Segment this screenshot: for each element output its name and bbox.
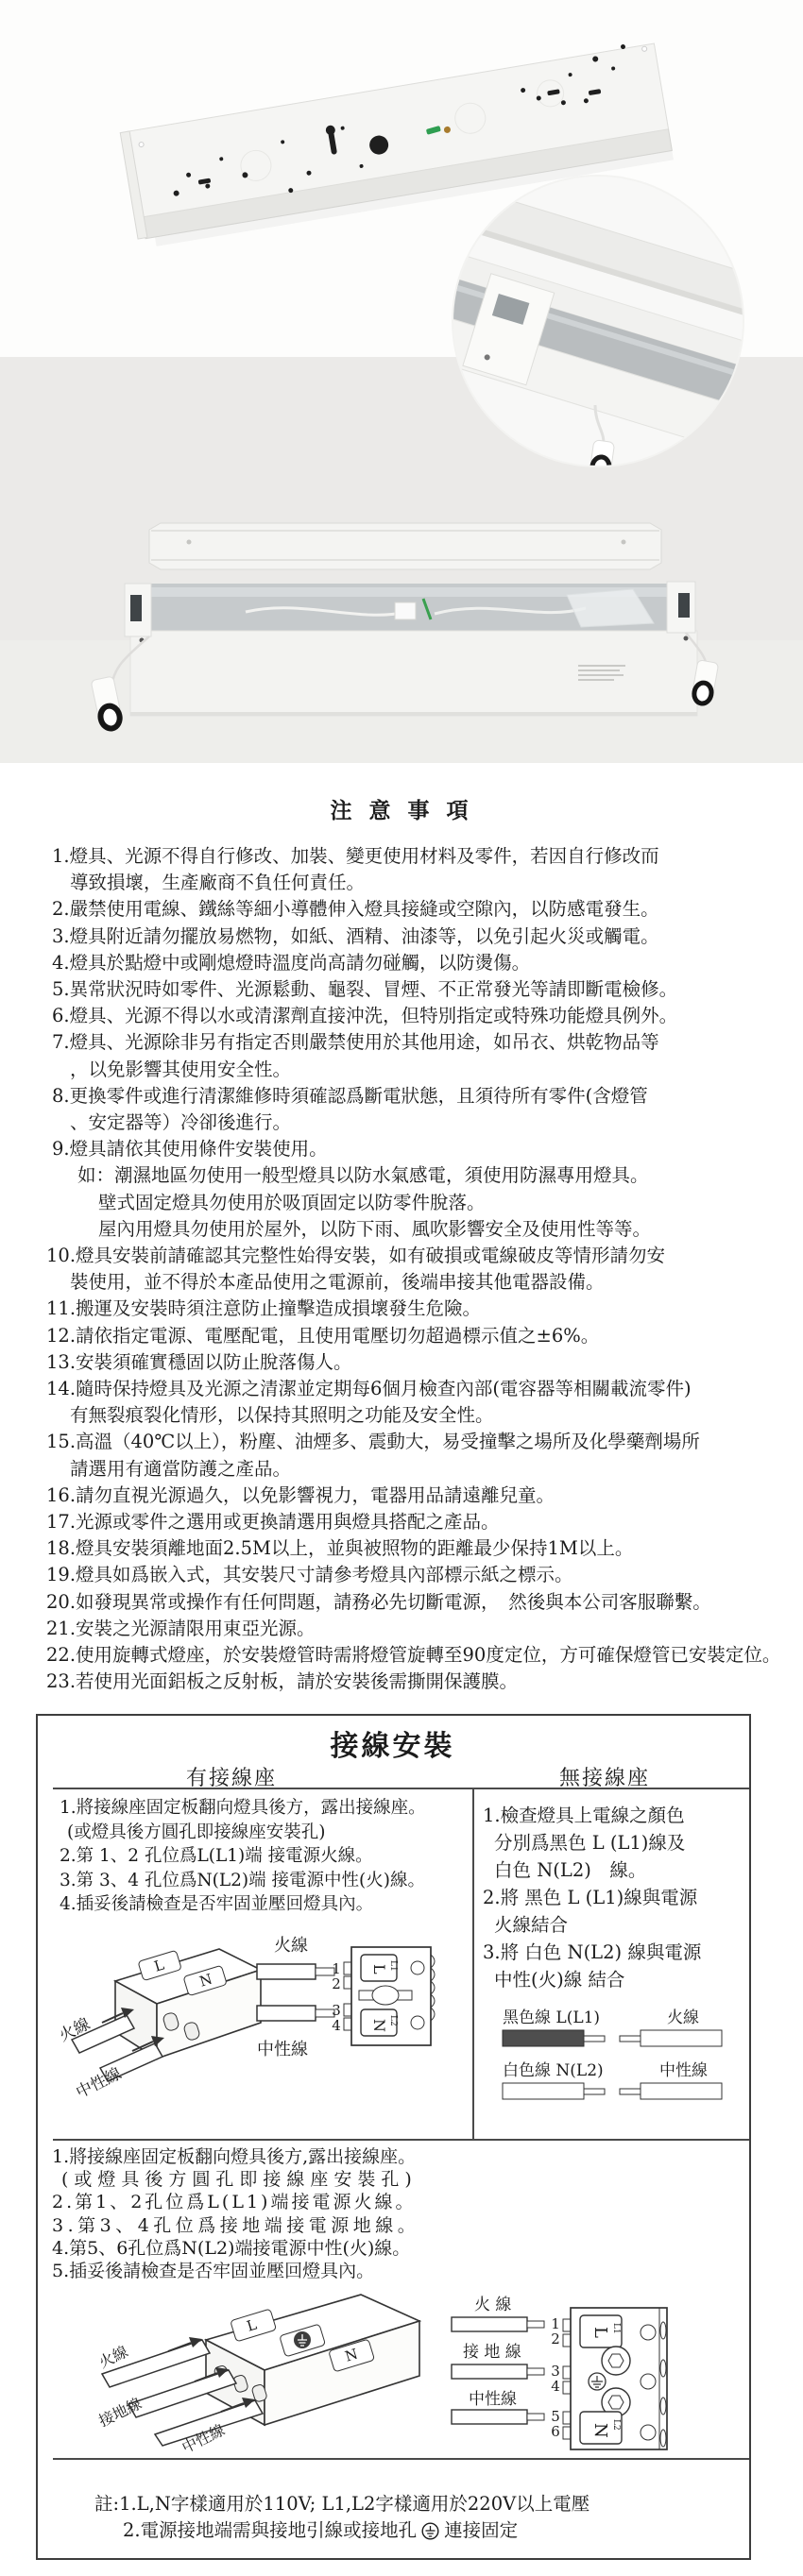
note-line-1: 註:1.L,N字樣適用於110V; L1,L2字樣適用於220V以上電壓 (94, 2491, 709, 2517)
wiring-step-line: 白色 N(L2) 線。 (494, 1856, 749, 1884)
svg-text:L1: L1 (611, 2323, 621, 2334)
svg-text:N: N (590, 2423, 610, 2438)
mounting-plate-icon (149, 523, 661, 569)
wire-splice-diagram: 黑色線 L(L1) 火線 白色線 N(L2) 中性線 (491, 2000, 746, 2104)
pin-number: 2 (332, 1975, 341, 1992)
wiring-step-line: 3.第 3、4 孔位爲N(L2)端 接電源中性(火)線。 (60, 1869, 475, 1893)
notice-line: 如：潮濕地區勿使用一般型燈具以防水氣感電，須使用防濕專用燈具。 (77, 1162, 792, 1189)
wiring-step-line: 分別爲黑色 L (L1)線及 (494, 1829, 749, 1856)
notice-line: 16.請勿直視光源過久，以免影響視力，電器用品請遠離兒童。 (46, 1483, 792, 1509)
notice-line: 裝使用，並不得於本產品使用之電源前，後端串接其他電器設備。 (70, 1269, 792, 1296)
notice-line: 20.如發現異常或操作有任何問題，請務必先切斷電源， 然後與本公司客服聯繫。 (46, 1589, 792, 1616)
notice-line: 10.燈具安裝前請確認其完整性始得安裝，如有破損或電線破皮等情形請勿安 (46, 1243, 792, 1269)
notice-line: 壁式固定燈具勿使用於吸頂固定以防零件脫落。 (98, 1190, 792, 1216)
notice-line: 8.更換零件或進行清潔維修時須確認爲斷電狀態，且須待所有零件(含燈管 (52, 1083, 792, 1110)
wiring-step-line: (或燈具後方圓孔即接線座安裝孔) (67, 1821, 475, 1845)
wiring-step-line: 4.插妥後請檢查是否牢固並壓回燈具內。 (60, 1892, 475, 1917)
notice-line: 7.燈具、光源除非另有指定否則嚴禁使用於其他用途，如吊衣、烘乾物品等 (52, 1029, 792, 1056)
wiring-step-line: 3.第3、4孔位爲接地端接電源地線。 (52, 2214, 449, 2237)
live-wire-label-front: 火 線 (474, 2296, 511, 2314)
notice-line: 22.使用旋轉式燈座，於安裝燈管時需將燈管旋轉至90度定位，方可確保燈管已安裝定… (46, 1642, 792, 1669)
header-divider-line (53, 1788, 749, 1789)
svg-text:L: L (370, 1964, 388, 1974)
notice-line: 請選用有適當防護之產品。 (70, 1456, 792, 1483)
terminal-block-6pin-diagram: L N 火線 接地線 中性線 火 線 接 地 (47, 2283, 709, 2458)
note-line-2-text-end: 連接固定 (444, 2517, 518, 2544)
open-channel-icon (125, 582, 697, 716)
notice-line: 5.異常狀況時如零件、光源鬆動、龜裂、冒煙、不正常發光等請即斷電檢修。 (52, 976, 792, 1003)
notice-line: ，以免影響其使用安全性。 (70, 1057, 792, 1083)
wiring-step-line: 1.檢查燈具上電線之顏色 (483, 1802, 749, 1829)
svg-text:L1: L1 (388, 1960, 398, 1972)
notice-line: 屋內用燈具勿使用於屋外，以防下雨、風吹影響安全及使用性等等。 (98, 1216, 792, 1243)
notice-line: 17.光源或零件之選用或更換請選用與燈具搭配之產品。 (46, 1509, 792, 1535)
notice-line: 導致損壞，生產廠商不負任何責任。 (70, 870, 792, 896)
wire-icon (452, 2317, 544, 2331)
white-wire-label: 白色線 N(L2) (503, 2061, 604, 2080)
notice-line: 6.燈具、光源不得以水或清潔劑直接沖洗，但特別指定或特殊功能燈具例外。 (52, 1003, 792, 1029)
neutral-wire-label: 中性線 (73, 2064, 125, 2102)
notice-line: 13.安裝須確實穩固以防止脫落傷人。 (46, 1349, 792, 1376)
pin-number: 4 (551, 2378, 560, 2395)
note-line-2: 2.電源接地端需與接地引線或接地孔 連接固定 (123, 2517, 709, 2544)
black-wire-icon (503, 2030, 605, 2046)
wiring-step-line: (或燈具後方圓孔即接線座安裝孔) (61, 2168, 449, 2191)
terminal-block-3d-icon: L N (115, 1949, 261, 2059)
notice-list: 1.燈具、光源不得自行修改、加裝、變更使用材料及零件，若因自行修改而 導致損壞，… (28, 843, 792, 1696)
notice-line: 9.燈具請依其使用條件安裝使用。 (52, 1136, 792, 1162)
notice-line: 23.若使用光面鋁板之反射板，請於安裝後需撕開保護膜。 (46, 1669, 792, 1695)
ground-symbol-icon (589, 2373, 606, 2390)
wire-icon (452, 2410, 544, 2424)
section-divider-line (53, 2139, 749, 2141)
wiring-step-line: 2.第1、2孔位爲L(L1)端接電源火線。 (52, 2191, 449, 2213)
notice-line: 14.隨時保持燈具及光源之清潔並定期每6個月檢查內部(電容器等相關載流零件) (46, 1376, 792, 1402)
notice-line: 、安定器等）冷卻後進行。 (70, 1110, 792, 1136)
neutral-wire-icon (620, 2083, 722, 2099)
notice-line: 12.請依指定電源、電壓配電，且使用電壓切勿超過標示值之±6%。 (46, 1323, 792, 1349)
live-wire-label: 火線 (667, 2008, 699, 2027)
neutral-wire-label-front: 中性線 (257, 2040, 308, 2059)
svg-text:N: N (370, 2019, 388, 2032)
terminal-block-front-icon: L L1 N L2 (344, 1947, 435, 2045)
wire-icon (257, 1964, 334, 1979)
pin-number: 4 (332, 2017, 341, 2034)
notes-divider-line (53, 2458, 749, 2460)
ground-symbol-icon (421, 2522, 439, 2540)
notice-title: 注 意 事 項 (0, 793, 803, 824)
fixture-end-closeup-icon (453, 177, 743, 466)
neutral-wire-label: 中性線 (659, 2061, 708, 2080)
notice-line: 11.搬運及安裝時須注意防止撞擊造成損壞發生危險。 (46, 1296, 792, 1322)
wire-icon (257, 2006, 334, 2021)
notice-line: 19.燈具如爲嵌入式，其安裝尺寸請參考燈具內部標示紙之標示。 (46, 1562, 792, 1588)
wiring-step-line: 火線結合 (494, 1911, 749, 1939)
live-wire-label-front: 火線 (274, 1936, 308, 1956)
without-terminal-steps: 1.檢查燈具上電線之顏色 分別爲黑色 L (L1)線及 白色 N(L2) 線。 … (477, 1802, 749, 1993)
wiring-step-line: 1.將接線座固定板翻向燈具後方，露出接線座。 (60, 1796, 475, 1821)
wiring-notes: 註:1.L,N字樣適用於110V; L1,L2字樣適用於220V以上電壓 2.電… (94, 2491, 709, 2544)
black-wire-label: 黑色線 L(L1) (503, 2008, 600, 2027)
notice-line: 4.燈具於點燈中或剛熄燈時溫度尚高請勿碰觸，以防燙傷。 (52, 950, 792, 976)
neutral-wire-label-front: 中性線 (469, 2390, 517, 2409)
white-wire-icon (503, 2083, 605, 2099)
terminal-block-front-icon: L L1 N L2 (563, 2308, 667, 2449)
pin-number: 2 (551, 2330, 560, 2347)
note-line-2-text: 2.電源接地端需與接地引線或接地孔 (123, 2517, 417, 2544)
manual-page: 注 意 事 項 1.燈具、光源不得自行修改、加裝、變更使用材料及零件，若因自行修… (0, 0, 803, 2576)
svg-text:L2: L2 (388, 2015, 398, 2026)
notice-line: 1.燈具、光源不得自行修改、加裝、變更使用材料及零件，若因自行修改而 (52, 843, 792, 870)
grounded-terminal-steps: 1.將接線座固定板翻向燈具後方,露出接線座。 (或燈具後方圓孔即接線座安裝孔) … (52, 2145, 449, 2282)
live-wire-icon (620, 2030, 722, 2046)
svg-text:L: L (590, 2327, 610, 2338)
notice-line: 2.嚴禁使用電線、鐵絲等細小導體伸入燈具接縫或空隙內，以防感電發生。 (52, 896, 792, 923)
wiring-step-line: 中性(火)線 結合 (494, 1966, 749, 1993)
notice-line: 15.高溫（40℃以上），粉塵、油煙多、震動大，易受撞擊之場所及化學藥劑場所 (46, 1429, 792, 1455)
product-photo-detail-inset (453, 177, 743, 466)
wire-icon (452, 2364, 544, 2379)
notice-line: 18.燈具安裝須離地面2.5M以上，並與被照物的距離最少保持1M以上。 (46, 1535, 792, 1562)
wiring-step-line: 4.第5、6孔位爲N(L2)端接電源中性(火)線。 (52, 2237, 449, 2260)
notice-line: 3.燈具附近請勿擺放易燃物，如紙、酒精、油漆等，以免引起火災或觸電。 (52, 924, 792, 950)
terminal-block-4pin-diagram: L N 火線 中性線 火線 1 2 3 4 (47, 1926, 453, 2134)
wiring-step-line: 2.將 黑色 L (L1)線與電源 (483, 1884, 749, 1911)
wiring-step-line: 5.插妥後請檢查是否牢固並壓回燈具內。 (52, 2260, 449, 2282)
wiring-step-line: 1.將接線座固定板翻向燈具後方,露出接線座。 (52, 2145, 449, 2168)
notice-line: 21.安裝之光源請限用東亞光源。 (46, 1616, 792, 1642)
wiring-step-line: 3.將 白色 N(L2) 線與電源 (483, 1939, 749, 1966)
wiring-step-line: 2.第 1、2 孔位爲L(L1)端 接電源火線。 (60, 1844, 475, 1869)
ground-wire-label: 接地線 (95, 2394, 144, 2430)
wiring-title: 接線安裝 (36, 1722, 749, 1764)
ground-wire-label-front: 接 地 線 (463, 2343, 521, 2362)
pin-number: 6 (551, 2423, 560, 2440)
with-terminal-steps: 1.將接線座固定板翻向燈具後方，露出接線座。 (或燈具後方圓孔即接線座安裝孔) … (52, 1796, 475, 1917)
notice-line: 有無裂痕裂化情形，以保持其照明之功能及安全性。 (70, 1402, 792, 1429)
svg-text:L2: L2 (611, 2419, 621, 2431)
